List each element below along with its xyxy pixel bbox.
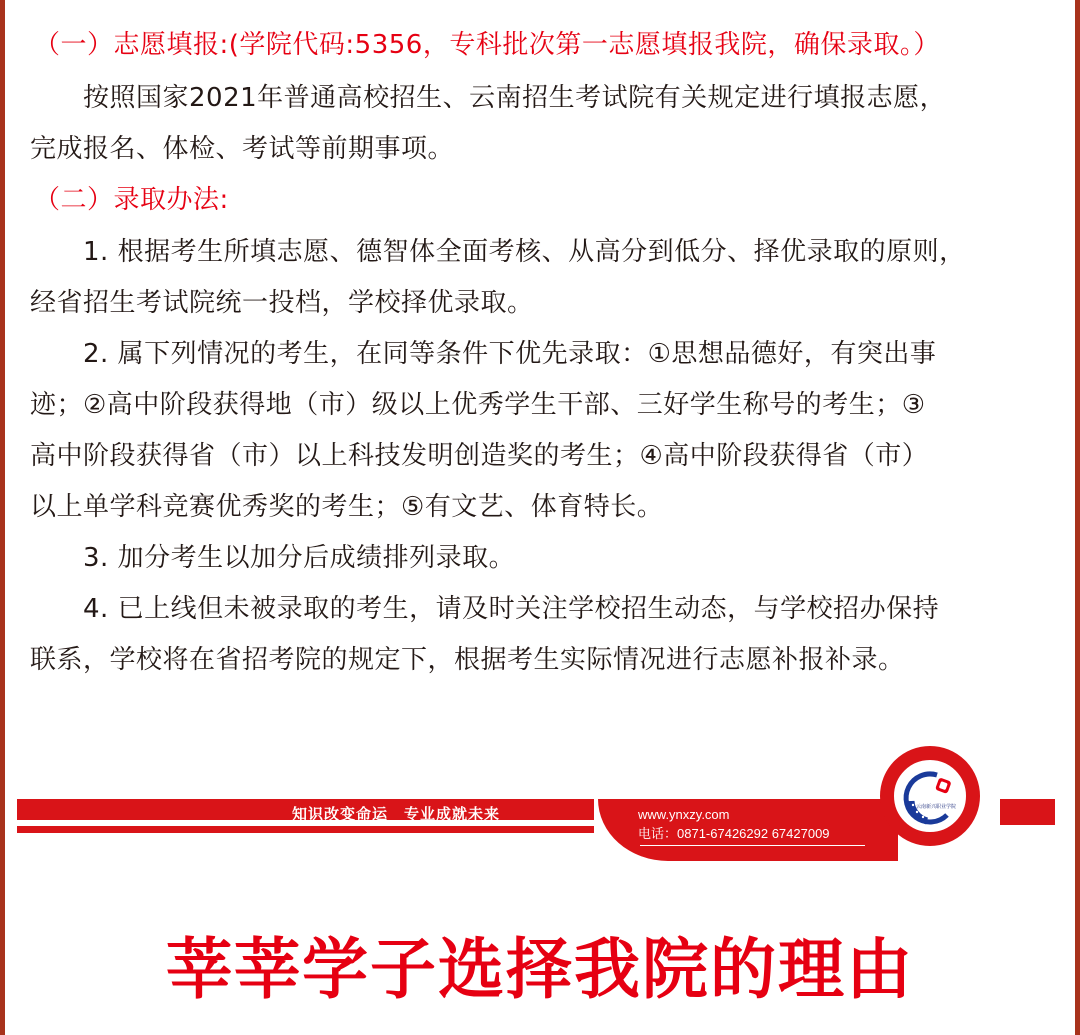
phone-number: 电话：0871-67426292 67427009 — [638, 826, 830, 842]
item2-line-2: 迹；②高中阶段获得地（市）级以上优秀学生干部、三好学生称号的考生；③ — [30, 388, 926, 422]
contact-divider — [640, 845, 865, 846]
section2-heading: （二）录取办法: — [34, 183, 229, 217]
section1-line-2: 完成报名、体检、考试等前期事项。 — [30, 132, 454, 166]
logo-text: 云南新兴职业学院 — [916, 803, 956, 810]
headline: 莘莘学子选择我院的理由 — [150, 930, 930, 1010]
item4-line-2: 联系，学校将在省招考院的规定下，根据考生实际情况进行志愿补报补录。 — [30, 643, 905, 677]
item1-line-2: 经省招生考试院统一投档，学校择优录取。 — [30, 286, 534, 320]
banner-right-band — [1000, 799, 1055, 825]
website-link[interactable]: www.ynxzy.com — [638, 807, 730, 823]
item2-line-3: 高中阶段获得省（市）以上科技发明创造奖的考生；④高中阶段获得省（市） — [30, 439, 928, 473]
banner-slogan: 知识改变命运 专业成就未来 — [292, 802, 572, 826]
item2-line-4: 以上单学科竞赛优秀奖的考生；⑤有文艺、体育特长。 — [30, 490, 663, 524]
item4-line-1: 4. 已上线但未被录取的考生，请及时关注学校招生动态，与学校招办保持 — [30, 592, 939, 626]
right-border — [1075, 0, 1080, 1035]
section1-heading: （一）志愿填报:(学院代码:5356，专科批次第一志愿填报我院，确保录取。） — [34, 28, 940, 62]
left-border — [0, 0, 5, 1035]
item1-line-1: 1. 根据考生所填志愿、德智体全面考核、从高分到低分、择优录取的原则， — [30, 235, 966, 269]
item3-line-1: 3. 加分考生以加分后成绩排列录取。 — [30, 541, 515, 575]
college-logo-icon — [897, 765, 963, 831]
banner-thin-band — [17, 826, 594, 833]
section1-line-1: 按照国家2021年普通高校招生、云南招生考试院有关规定进行填报志愿， — [30, 81, 946, 115]
item2-line-1: 2. 属下列情况的考生，在同等条件下优先录取：①思想品德好，有突出事 — [30, 337, 936, 371]
